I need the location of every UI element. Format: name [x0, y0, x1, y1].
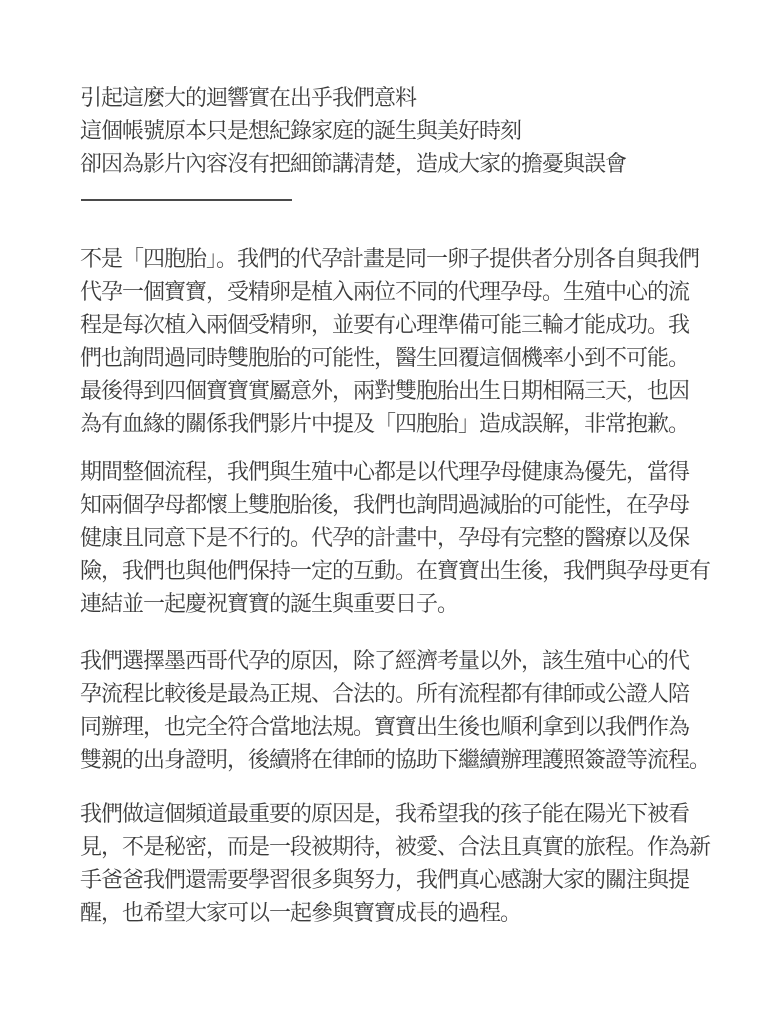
paragraph-line: 知兩個孕母都懷上雙胞胎後，我們也詢問過減胎的可能性，在孕母 [80, 488, 720, 521]
paragraph-line: 健康且同意下是不行的。代孕的計畫中，孕母有完整的醫療以及保 [80, 521, 720, 554]
paragraph-surrogate-health: 期間整個流程，我們與生殖中心都是以代理孕母健康為優先，當得 知兩個孕母都懷上雙胞… [80, 455, 720, 620]
divider-line [81, 199, 292, 201]
paragraph-line: 見，不是秘密，而是一段被期待，被愛、合法且真實的旅程。作為新 [80, 830, 720, 863]
paragraph-line: 雙親的出身證明，後續將在律師的協助下繼續辦理護照簽證等流程。 [80, 743, 720, 776]
paragraph-quadruplets-clarification: 不是「四胞胎」。我們的代孕計畫是同一卵子提供者分別各自與我們 代孕一個寶寶，受精… [80, 242, 720, 440]
paragraph-line: 我們選擇墨西哥代孕的原因，除了經濟考量以外，該生殖中心的代 [80, 644, 720, 677]
intro-line: 引起這麼大的迴響實在出乎我們意料 [80, 81, 720, 114]
paragraph-line: 代孕一個寶寶，受精卵是植入兩位不同的代理孕母。生殖中心的流 [80, 275, 720, 308]
paragraph-line: 孕流程比較後是最為正規、合法的。所有流程都有律師或公證人陪 [80, 677, 720, 710]
paragraph-line: 手爸爸我們還需要學習很多與努力，我們真心感謝大家的關注與提 [80, 863, 720, 896]
paragraph-line: 們也詢問過同時雙胞胎的可能性，醫生回覆這個機率小到不可能。 [80, 341, 720, 374]
statement-page: 引起這麼大的迴響實在出乎我們意料 這個帳號原本只是想紀錄家庭的誕生與美好時刻 卻… [80, 81, 720, 929]
paragraph-line: 我們做這個頻道最重要的原因是，我希望我的孩子能在陽光下被看 [80, 797, 720, 830]
paragraph-line: 同辦理，也完全符合當地法規。寶寶出生後也順利拿到以我們作為 [80, 710, 720, 743]
paragraph-line: 為有血緣的關係我們影片中提及「四胞胎」造成誤解，非常抱歉。 [80, 407, 720, 440]
intro-block: 引起這麼大的迴響實在出乎我們意料 這個帳號原本只是想紀錄家庭的誕生與美好時刻 卻… [80, 81, 720, 180]
intro-line: 卻因為影片內容沒有把細節講清楚，造成大家的擔憂與誤會 [80, 147, 720, 180]
paragraph-mexico-legality: 我們選擇墨西哥代孕的原因，除了經濟考量以外，該生殖中心的代 孕流程比較後是最為正… [80, 644, 720, 776]
paragraph-line: 不是「四胞胎」。我們的代孕計畫是同一卵子提供者分別各自與我們 [80, 242, 720, 275]
paragraph-line: 期間整個流程，我們與生殖中心都是以代理孕母健康為優先，當得 [80, 455, 720, 488]
paragraph-line: 連結並一起慶祝寶寶的誕生與重要日子。 [80, 587, 720, 620]
paragraph-line: 醒，也希望大家可以一起參與寶寶成長的過程。 [80, 896, 720, 929]
paragraph-line: 程是每次植入兩個受精卵，並要有心理準備可能三輪才能成功。我 [80, 308, 720, 341]
intro-line: 這個帳號原本只是想紀錄家庭的誕生與美好時刻 [80, 114, 720, 147]
paragraph-line: 險，我們也與他們保持一定的互動。在寶寶出生後，我們與孕母更有 [80, 554, 720, 587]
paragraph-channel-purpose: 我們做這個頻道最重要的原因是，我希望我的孩子能在陽光下被看 見，不是秘密，而是一… [80, 797, 720, 929]
paragraph-line: 最後得到四個寶寶實屬意外，兩對雙胞胎出生日期相隔三天，也因 [80, 374, 720, 407]
